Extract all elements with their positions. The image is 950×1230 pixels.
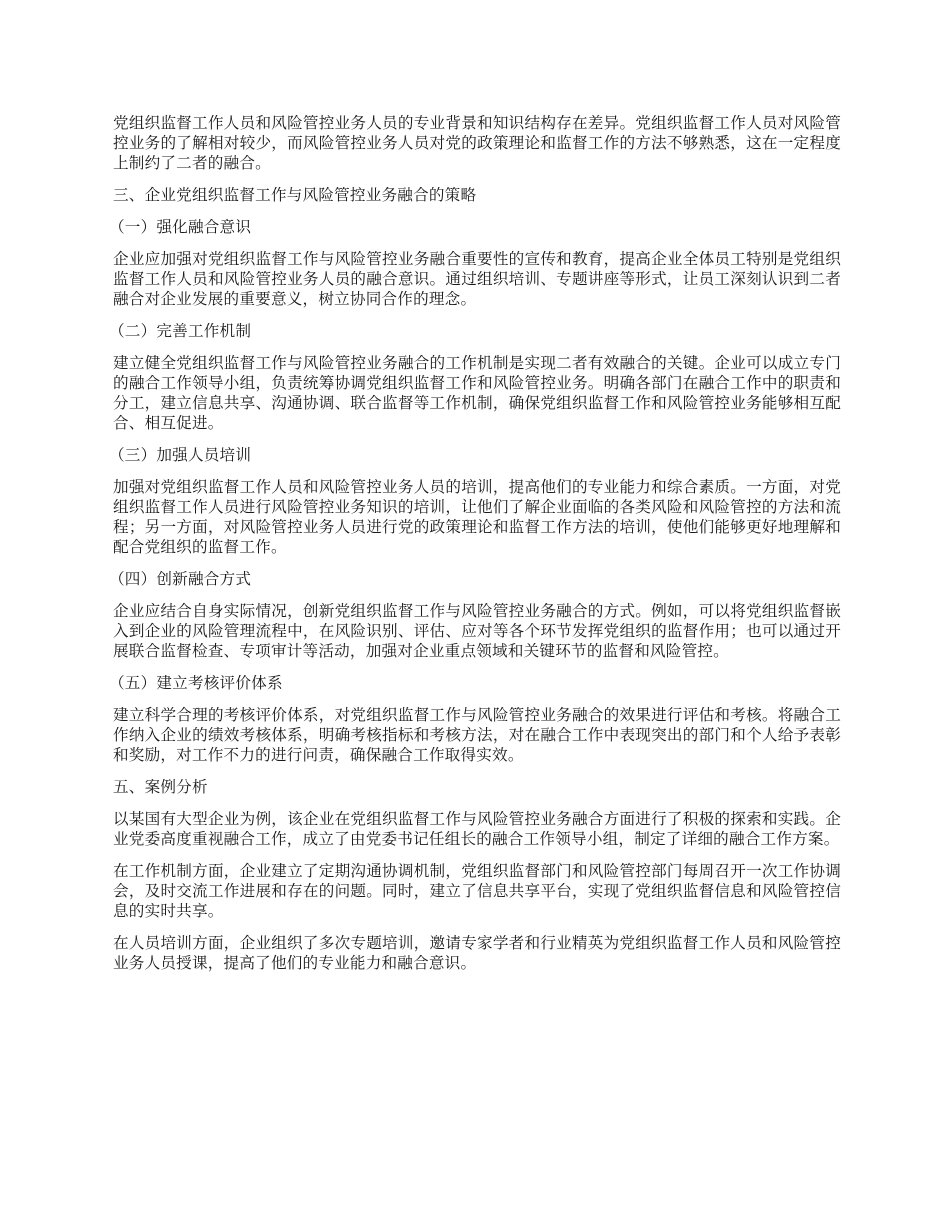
paragraph-innovation: 企业应结合自身实际情况，创新党组织监督工作与风险管控业务融合的方式。例如，可以将… bbox=[113, 601, 841, 661]
section-heading-case-study: 五、案例分析 bbox=[113, 777, 841, 797]
subheading-innovation: （四）创新融合方式 bbox=[109, 569, 841, 589]
document-page: 党组织监督工作人员和风险管控业务人员的专业背景和知识结构存在差异。党组织监督工作… bbox=[113, 113, 841, 985]
section-heading-strategies: 三、企业党组织监督工作与风险管控业务融合的策略 bbox=[113, 185, 841, 205]
paragraph-awareness: 企业应加强对党组织监督工作与风险管控业务融合重要性的宣传和教育，提高企业全体员工… bbox=[113, 249, 841, 309]
paragraph-case-intro: 以某国有大型企业为例，该企业在党组织监督工作与风险管控业务融合方面进行了积极的探… bbox=[113, 809, 841, 849]
subheading-awareness: （一）强化融合意识 bbox=[109, 217, 841, 237]
subheading-training: （三）加强人员培训 bbox=[109, 445, 841, 465]
paragraph-case-mechanism: 在工作机制方面，企业建立了定期沟通协调机制，党组织监督部门和风险管控部门每周召开… bbox=[113, 861, 841, 921]
paragraph-case-training: 在人员培训方面，企业组织了多次专题培训，邀请专家学者和行业精英为党组织监督工作人… bbox=[113, 933, 841, 973]
paragraph-mechanism: 建立健全党组织监督工作与风险管控业务融合的工作机制是实现二者有效融合的关键。企业… bbox=[113, 353, 841, 433]
subheading-evaluation: （五）建立考核评价体系 bbox=[109, 673, 841, 693]
paragraph-training: 加强对党组织监督工作人员和风险管控业务人员的培训，提高他们的专业能力和综合素质。… bbox=[113, 477, 841, 557]
subheading-mechanism: （二）完善工作机制 bbox=[109, 321, 841, 341]
paragraph-evaluation: 建立科学合理的考核评价体系，对党组织监督工作与风险管控业务融合的效果进行评估和考… bbox=[113, 705, 841, 765]
paragraph-background-difference: 党组织监督工作人员和风险管控业务人员的专业背景和知识结构存在差异。党组织监督工作… bbox=[113, 113, 841, 173]
